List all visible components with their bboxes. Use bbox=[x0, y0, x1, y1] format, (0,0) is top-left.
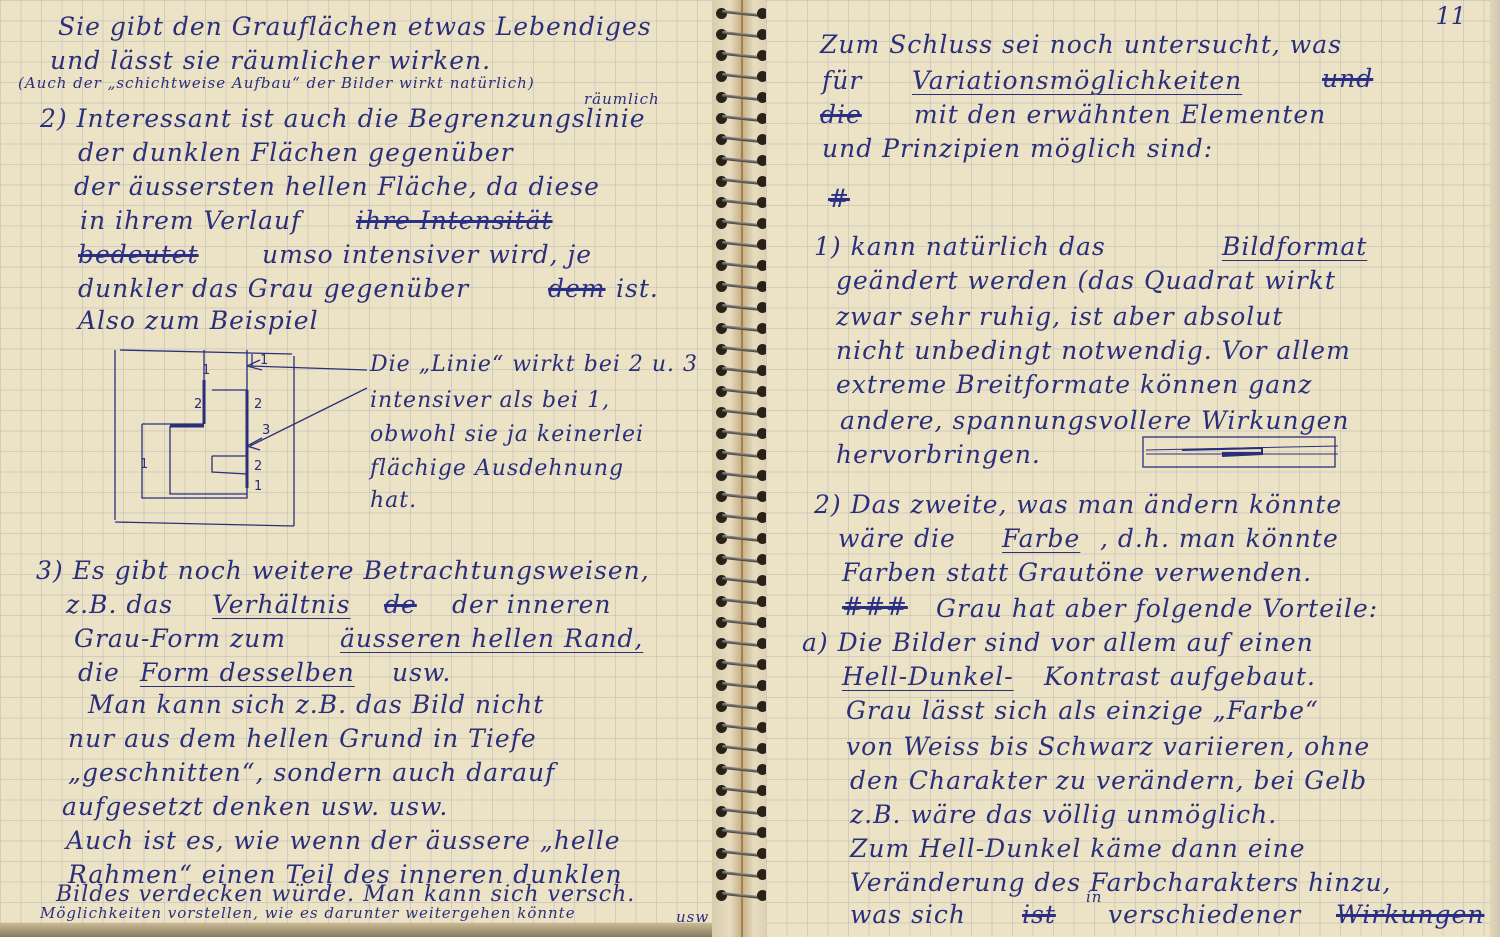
wide-format-sketch bbox=[1142, 436, 1338, 470]
spiral-coil bbox=[716, 8, 768, 20]
spiral-coil bbox=[716, 218, 768, 230]
handwritten-line: dunkler das Grau gegenüber bbox=[78, 274, 469, 303]
crossed-out-text: und bbox=[1322, 64, 1373, 93]
spiral-coil bbox=[716, 848, 768, 860]
crossed-out-text: die bbox=[820, 100, 862, 129]
handwritten-line: umso intensiver wird, je bbox=[262, 240, 592, 269]
handwritten-line: den Charakter zu verändern, bei Gelb bbox=[850, 766, 1367, 795]
handwritten-line: zwar sehr ruhig, ist aber absolut bbox=[836, 302, 1283, 331]
handwritten-line: nicht unbedingt notwendig. Vor allem bbox=[836, 336, 1351, 365]
right-notebook-page: 11 Zum Schluss sei noch untersucht, wasf… bbox=[766, 0, 1500, 937]
spiral-binding bbox=[712, 0, 772, 937]
svg-text:3: 3 bbox=[262, 423, 270, 438]
handwritten-line: Zum Hell-Dunkel käme dann eine bbox=[850, 834, 1306, 863]
svg-text:2: 2 bbox=[254, 397, 262, 412]
spiral-coil bbox=[716, 827, 768, 839]
handwritten-line: intensiver als bei 1, bbox=[370, 388, 610, 413]
handwritten-line: 1) kann natürlich das bbox=[814, 232, 1106, 261]
spiral-coil bbox=[716, 134, 768, 146]
spiral-coil bbox=[716, 785, 768, 797]
spiral-coil bbox=[716, 323, 768, 335]
handwritten-line: Also zum Beispiel bbox=[78, 306, 319, 335]
crossed-out-text: # bbox=[828, 184, 850, 213]
crossed-out-text: ### bbox=[842, 592, 908, 621]
spiral-coil bbox=[716, 239, 768, 251]
spiral-coil bbox=[716, 764, 768, 776]
handwritten-line: geändert werden (das Quadrat wirkt bbox=[836, 266, 1336, 295]
handwritten-line: Die „Linie“ wirkt bei 2 u. 3 bbox=[370, 352, 698, 377]
spiral-coil bbox=[716, 638, 768, 650]
handwritten-line: und lässt sie räumlicher wirken. bbox=[50, 46, 491, 75]
handwritten-line: 3) Es gibt noch weitere Betrachtungsweis… bbox=[36, 556, 650, 585]
crossed-out-text: ihre Intensität bbox=[356, 206, 553, 235]
handwritten-line: 2) Das zweite, was man ändern könnte bbox=[814, 490, 1342, 519]
handwritten-line: Hell-Dunkel- bbox=[842, 662, 1014, 691]
handwritten-line: extreme Breitformate können ganz bbox=[836, 370, 1312, 399]
handwritten-line: äusseren hellen Rand, bbox=[340, 624, 643, 653]
handwritten-line: der äussersten hellen Fläche, da diese bbox=[74, 172, 600, 201]
handwritten-line: ist. bbox=[616, 274, 659, 303]
svg-text:1: 1 bbox=[260, 353, 268, 368]
spiral-coil bbox=[716, 344, 768, 356]
handwritten-line: in bbox=[1086, 888, 1102, 906]
spiral-coil bbox=[716, 743, 768, 755]
handwritten-line: Zum Schluss sei noch untersucht, was bbox=[820, 30, 1342, 59]
spiral-coil bbox=[716, 617, 768, 629]
spiral-coil bbox=[716, 29, 768, 41]
handwritten-line: hervorbringen. bbox=[836, 440, 1041, 469]
spiral-coil bbox=[716, 71, 768, 83]
left-notebook-page: 1 1 2 2 3 1 2 1 Sie gibt den Grauflächen… bbox=[0, 0, 718, 937]
handwritten-line: hat. bbox=[370, 488, 417, 513]
handwritten-line: a) Die Bilder sind vor allem auf einen bbox=[802, 628, 1314, 657]
spiral-coil bbox=[716, 281, 768, 293]
spiral-coil bbox=[716, 680, 768, 692]
handwritten-line: Grau-Form zum bbox=[74, 624, 286, 653]
spiral-coil bbox=[716, 197, 768, 209]
spiral-coil bbox=[716, 491, 768, 503]
handwritten-line: und Prinzipien möglich sind: bbox=[822, 134, 1213, 163]
crossed-out-text: de bbox=[384, 590, 417, 619]
handwritten-line: Möglichkeiten vorstellen, wie es darunte… bbox=[40, 904, 576, 922]
page-number: 11 bbox=[1435, 2, 1466, 30]
handwritten-line: Grau hat aber folgende Vorteile: bbox=[936, 594, 1378, 623]
handwritten-line: was sich bbox=[850, 900, 966, 929]
spiral-coil bbox=[716, 92, 768, 104]
spiral-coil bbox=[716, 890, 768, 902]
spiral-coil bbox=[716, 449, 768, 461]
handwritten-line: mit den erwähnten Elementen bbox=[914, 100, 1326, 129]
spiral-coil bbox=[716, 260, 768, 272]
handwritten-line: Farben statt Grautöne verwenden. bbox=[842, 558, 1312, 587]
handwritten-line: „geschnitten“, sondern auch darauf bbox=[68, 758, 555, 787]
spiral-coil bbox=[716, 512, 768, 524]
spiral-coil bbox=[716, 869, 768, 881]
svg-text:1: 1 bbox=[140, 457, 148, 472]
crossed-out-text: Wirkungen bbox=[1336, 900, 1484, 929]
crossed-out-text: bedeutet bbox=[78, 240, 199, 269]
svg-text:1: 1 bbox=[254, 479, 262, 494]
handwritten-line: andere, spannungsvollere Wirkungen bbox=[840, 406, 1350, 435]
handwritten-line: (Auch der „schichtweise Aufbau“ der Bild… bbox=[18, 74, 535, 92]
handwritten-line: usw bbox=[676, 908, 709, 926]
spiral-coil bbox=[716, 533, 768, 545]
handwritten-line: für bbox=[822, 66, 862, 95]
handwritten-line: der dunklen Flächen gegenüber bbox=[78, 138, 514, 167]
handwritten-line: 2) Interessant ist auch die Begrenzungsl… bbox=[40, 104, 646, 133]
svg-text:2: 2 bbox=[194, 397, 202, 412]
handwritten-line: aufgesetzt denken usw. usw. bbox=[62, 792, 448, 821]
spiral-coil bbox=[716, 659, 768, 671]
handwritten-line: Kontrast aufgebaut. bbox=[1044, 662, 1316, 691]
handwritten-line: Grau lässt sich als einzige „Farbe“ bbox=[846, 696, 1319, 725]
handwritten-line: verschiedener bbox=[1108, 900, 1301, 929]
spiral-coil bbox=[716, 155, 768, 167]
spiral-coil bbox=[716, 407, 768, 419]
handwritten-line: Verhältnis bbox=[212, 590, 350, 619]
handwritten-line: Veränderung des Farbcharakters hinzu, bbox=[850, 868, 1392, 897]
spiral-coil bbox=[716, 365, 768, 377]
svg-text:1: 1 bbox=[202, 363, 210, 378]
spiral-coil bbox=[716, 554, 768, 566]
handwritten-line: von Weiss bis Schwarz variieren, ohne bbox=[846, 732, 1370, 761]
handwritten-line: obwohl sie ja keinerlei bbox=[370, 422, 644, 447]
handwritten-line: Farbe bbox=[1002, 524, 1080, 553]
spiral-coil bbox=[716, 596, 768, 608]
spiral-coil bbox=[716, 722, 768, 734]
spiral-coil bbox=[716, 302, 768, 314]
spiral-coil bbox=[716, 470, 768, 482]
spiral-coil bbox=[716, 176, 768, 188]
handwritten-line: usw. bbox=[392, 658, 451, 687]
spiral-coil bbox=[716, 386, 768, 398]
handwritten-line: z.B. das bbox=[66, 590, 173, 619]
handwritten-line: der inneren bbox=[452, 590, 612, 619]
handwritten-line: nur aus dem hellen Grund in Tiefe bbox=[68, 724, 537, 753]
spiral-coil bbox=[716, 701, 768, 713]
handwritten-line: in ihrem Verlauf bbox=[80, 206, 301, 235]
handwritten-line: Man kann sich z.B. das Bild nicht bbox=[88, 690, 544, 719]
handwritten-line: Auch ist es, wie wenn der äussere „helle bbox=[66, 826, 621, 855]
handwritten-line: Variationsmöglichkeiten bbox=[912, 66, 1242, 95]
handwritten-line: Bildformat bbox=[1222, 232, 1367, 261]
handwritten-line: die bbox=[78, 658, 120, 687]
spiral-coil bbox=[716, 575, 768, 587]
handwritten-line: , d.h. man könnte bbox=[1100, 524, 1339, 553]
spiral-coil bbox=[716, 50, 768, 62]
nested-squares-diagram: 1 1 2 2 3 1 2 1 bbox=[112, 346, 302, 536]
crossed-out-text: dem bbox=[548, 274, 606, 303]
crossed-out-text: ist bbox=[1022, 900, 1056, 929]
svg-text:2: 2 bbox=[254, 459, 262, 474]
handwritten-line: Form desselben bbox=[140, 658, 355, 687]
handwritten-line: Sie gibt den Grauflächen etwas Lebendige… bbox=[58, 12, 652, 41]
spiral-coil bbox=[716, 806, 768, 818]
handwritten-line: flächige Ausdehnung bbox=[370, 456, 624, 481]
spiral-coil bbox=[716, 113, 768, 125]
handwritten-line: z.B. wäre das völlig unmöglich. bbox=[850, 800, 1277, 829]
spiral-coil bbox=[716, 428, 768, 440]
handwritten-line: wäre die bbox=[838, 524, 956, 553]
